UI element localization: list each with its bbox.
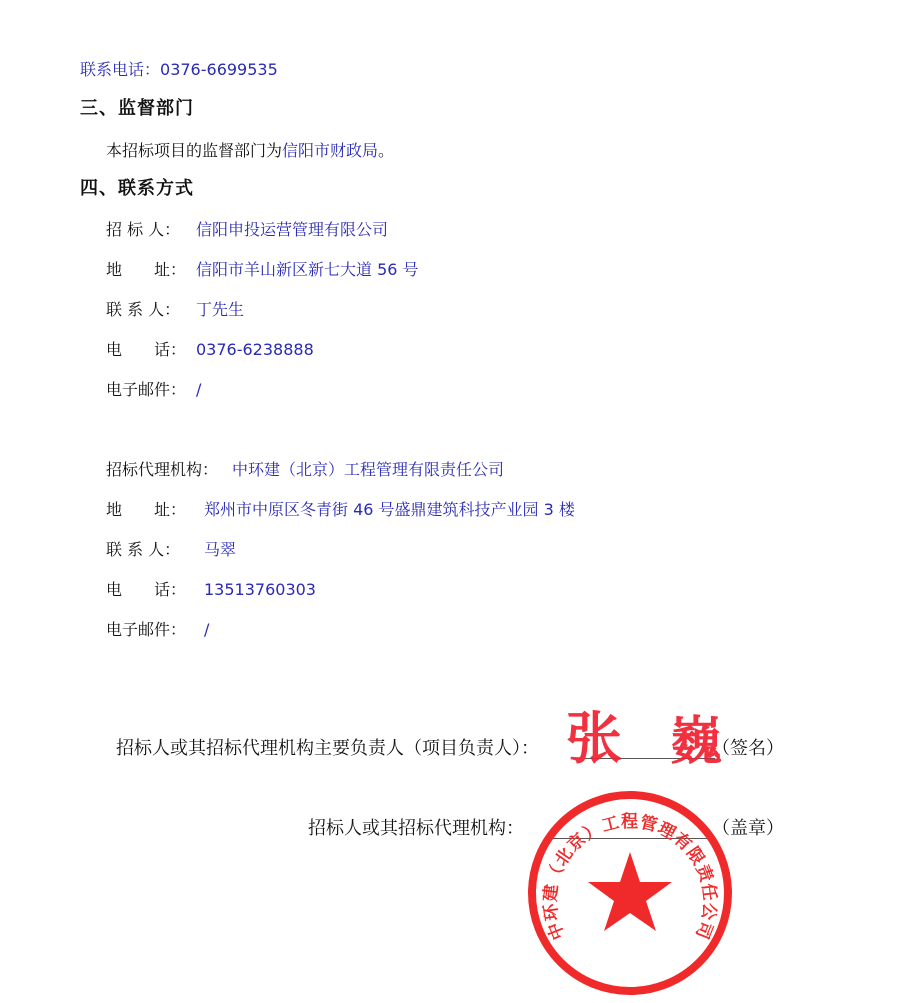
signature-char-1: 张 [566,710,622,770]
tenderer-row-phone: 电 话：0376-6238888 [106,340,314,360]
section-heading-supervision: 三、监督部门 [80,99,194,119]
supervision-prefix: 本招标项目的监督部门为 [106,141,282,160]
official-seal-stamp: 中环建（北京）工程管理有限责任公司 [527,790,733,996]
stamp-suffix-seal: （盖章） [712,819,784,839]
top-contact-value: 0376-6699535 [160,60,278,79]
row-label: 电子邮件： [106,620,204,640]
agency-row-phone: 电 话：13513760303 [106,580,316,600]
stamp-label-agency: 招标人或其招标代理机构： [308,819,524,839]
signature-label-principal: 招标人或其招标代理机构主要负责人（项目负责人）： [116,739,539,759]
row-label: 电子邮件： [106,380,196,400]
signature-suffix-sign: （签名） [712,739,784,759]
seal-arc-text: 中环建（北京）工程管理有限责任公司 [540,811,721,943]
supervision-suffix: 。 [378,141,394,160]
row-value: 马翠 [204,540,236,559]
top-contact-phone: 联系电话：0376-6699535 [80,60,278,80]
row-label: 联 系 人： [106,540,204,560]
row-value: 信阳市羊山新区新七大道 56 号 [196,260,419,279]
top-contact-label: 联系电话： [80,60,160,79]
seal-ring-icon [532,795,728,991]
section-heading-contact: 四、联系方式 [80,179,194,199]
row-label: 电 话： [106,580,204,600]
supervision-department: 信阳市财政局 [282,141,378,160]
stamp-underline-agency [552,838,712,839]
row-label: 联 系 人： [106,300,196,320]
tenderer-row-name: 招 标 人：信阳申投运营管理有限公司 [106,220,388,240]
row-value: 丁先生 [196,300,244,319]
row-value: 信阳申投运营管理有限公司 [196,220,388,239]
row-label: 地 址： [106,260,196,280]
signature-underline-principal [585,758,715,759]
row-value: 0376-6238888 [196,340,314,359]
row-label: 地 址： [106,500,204,520]
tenderer-row-address: 地 址：信阳市羊山新区新七大道 56 号 [106,260,419,280]
agency-row-contact-person: 联 系 人：马翠 [106,540,236,560]
row-label: 电 话： [106,340,196,360]
agency-row-email: 电子邮件：/ [106,620,209,640]
row-label: 招标代理机构： [106,460,232,480]
row-value: / [204,620,209,639]
seal-star-icon [588,852,672,931]
tenderer-row-contact-person: 联 系 人：丁先生 [106,300,244,320]
row-value: / [196,380,201,399]
row-value: 郑州市中原区冬青街 46 号盛鼎建筑科技产业园 3 楼 [204,500,575,519]
agency-row-address: 地 址：郑州市中原区冬青街 46 号盛鼎建筑科技产业园 3 楼 [106,500,575,520]
supervision-text: 本招标项目的监督部门为信阳市财政局。 [106,141,394,161]
agency-row-name: 招标代理机构：中环建（北京）工程管理有限责任公司 [106,460,504,480]
tenderer-row-email: 电子邮件：/ [106,380,201,400]
row-label: 招 标 人： [106,220,196,240]
row-value: 中环建（北京）工程管理有限责任公司 [232,460,504,479]
row-value: 13513760303 [204,580,316,599]
